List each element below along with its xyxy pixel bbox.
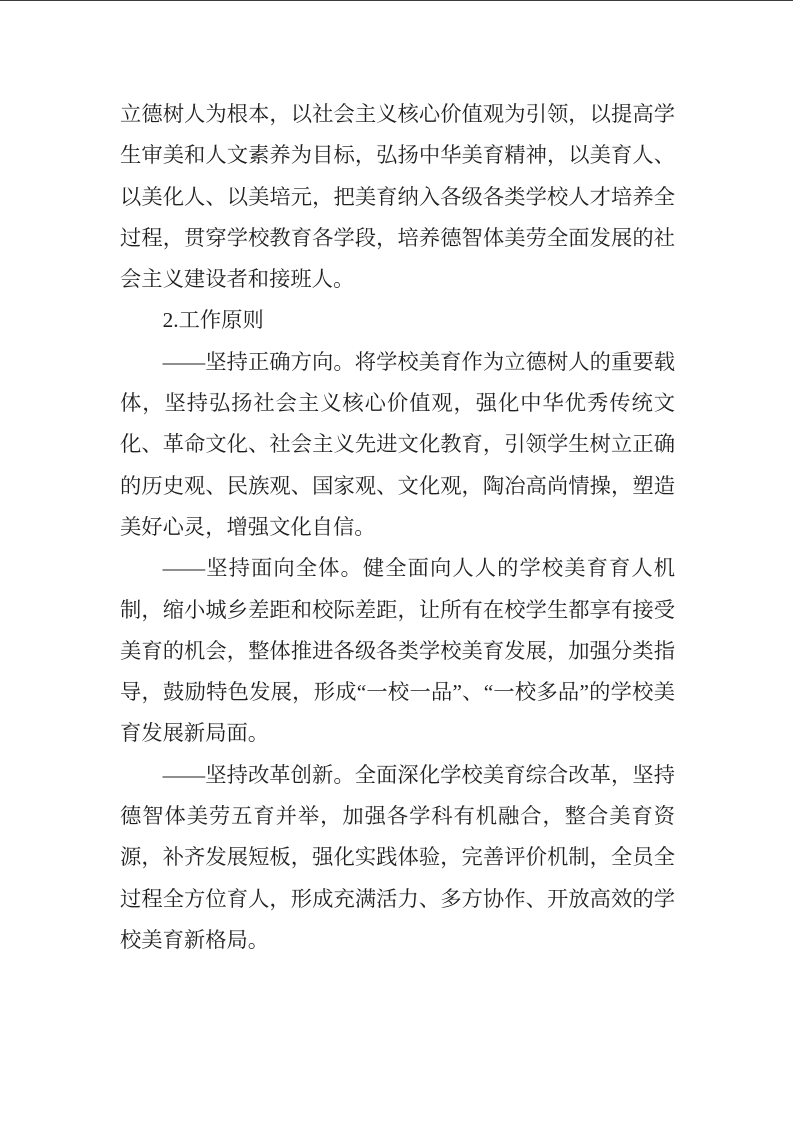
section-heading-work-principles: 2.工作原则 — [120, 300, 675, 341]
paragraph-reform-innovation: ——坚持改革创新。全面深化学校美育综合改革，坚持德智体美劳五育并举，加强各学科有… — [120, 755, 675, 961]
paragraph-correct-direction: ——坚持正确方向。将学校美育作为立德树人的重要载体，坚持弘扬社会主义核心价值观，… — [120, 342, 675, 548]
paragraph-face-everyone: ——坚持面向全体。健全面向人人的学校美育育人机制，缩小城乡差距和校际差距，让所有… — [120, 548, 675, 754]
paragraph-continuation: 立德树人为根本，以社会主义核心价值观为引领，以提高学生审美和人文素养为目标，弘扬… — [120, 94, 675, 300]
document-page: 立德树人为根本，以社会主义核心价值观为引领，以提高学生审美和人文素养为目标，弘扬… — [0, 0, 793, 1122]
page-edge-line — [0, 0, 793, 1]
document-body: 立德树人为根本，以社会主义核心价值观为引领，以提高学生审美和人文素养为目标，弘扬… — [120, 94, 675, 961]
